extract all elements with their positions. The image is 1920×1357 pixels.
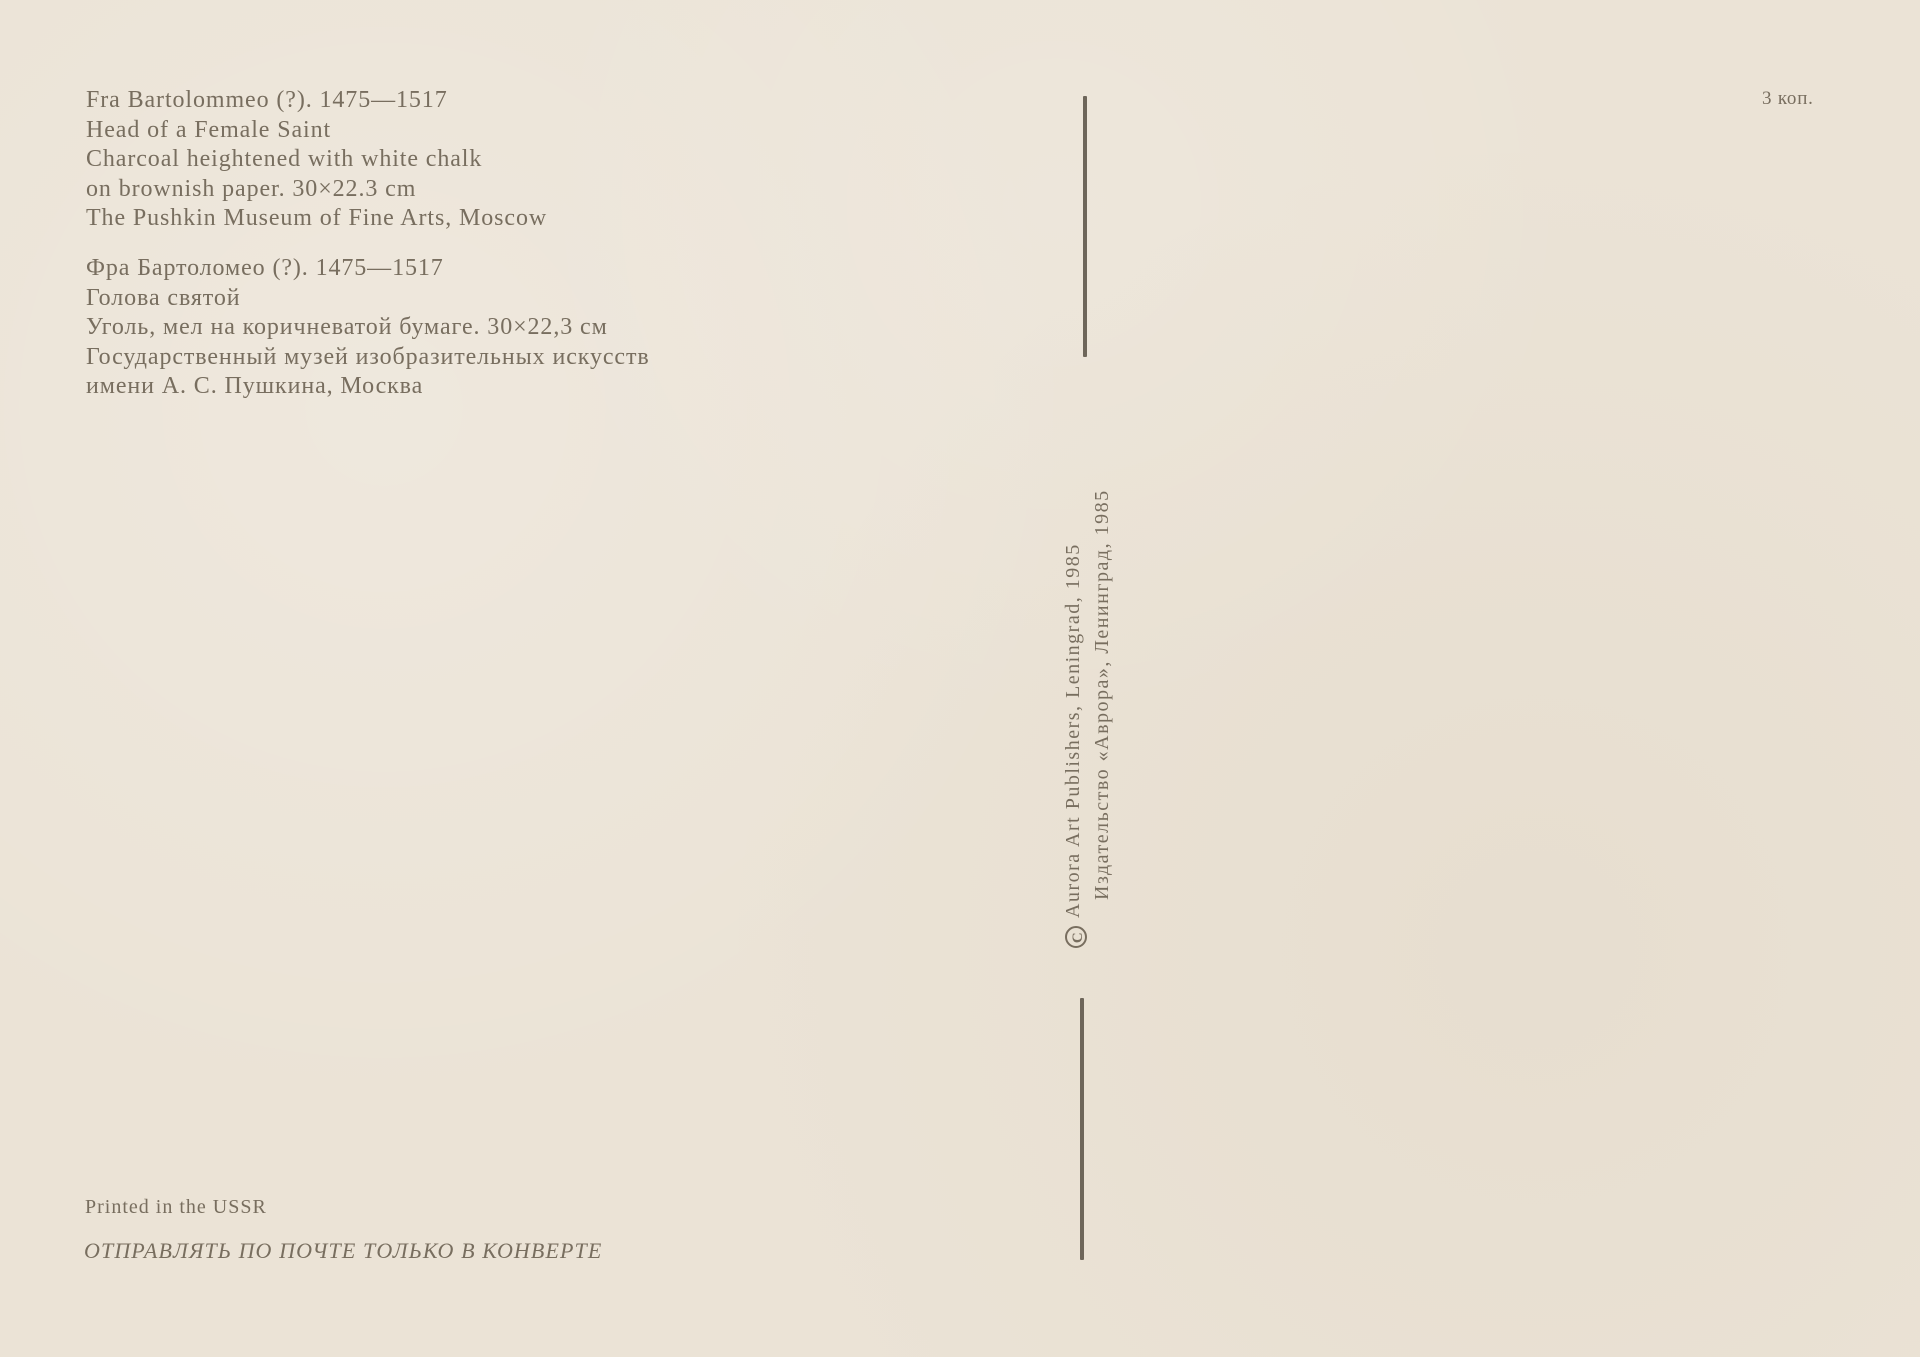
dimensions-line-en: on brownish paper. 30×22.3 cm — [86, 175, 547, 205]
copyright-icon: C — [1065, 926, 1087, 948]
museum-line-en: The Pushkin Museum of Fine Arts, Moscow — [86, 204, 547, 234]
title-line-en: Head of a Female Saint — [86, 116, 547, 146]
center-divider-bottom — [1080, 998, 1084, 1260]
museum-line-ru-2: имени А. С. Пушкина, Москва — [86, 372, 650, 402]
caption-russian: Фра Бартоломео (?). 1475—1517 Голова свя… — [86, 254, 650, 402]
artist-line-ru: Фра Бартоломео (?). 1475—1517 — [86, 254, 650, 284]
title-line-ru: Голова святой — [86, 284, 650, 314]
mail-instruction: ОТПРАВЛЯТЬ ПО ПОЧТЕ ТОЛЬКО В КОНВЕРТЕ — [84, 1238, 602, 1264]
museum-line-ru: Государственный музей изобразительных ис… — [86, 343, 650, 373]
publisher-line-ru: Издательство «Аврора», Ленинград, 1985 — [1091, 489, 1114, 900]
medium-line-en: Charcoal heightened with white chalk — [86, 145, 547, 175]
center-divider-top — [1083, 96, 1087, 357]
medium-line-ru: Уголь, мел на коричневатой бумаге. 30×22… — [86, 313, 650, 343]
artist-line-en: Fra Bartolommeo (?). 1475—1517 — [86, 86, 547, 116]
publisher-line-en: CAurora Art Publishers, Leningrad, 1985 — [1062, 543, 1087, 948]
publisher-text-en: Aurora Art Publishers, Leningrad, 1985 — [1062, 543, 1084, 918]
price-label: 3 коп. — [1762, 88, 1814, 110]
printed-in-label: Printed in the USSR — [85, 1196, 267, 1219]
caption-english: Fra Bartolommeo (?). 1475—1517 Head of a… — [86, 86, 547, 234]
